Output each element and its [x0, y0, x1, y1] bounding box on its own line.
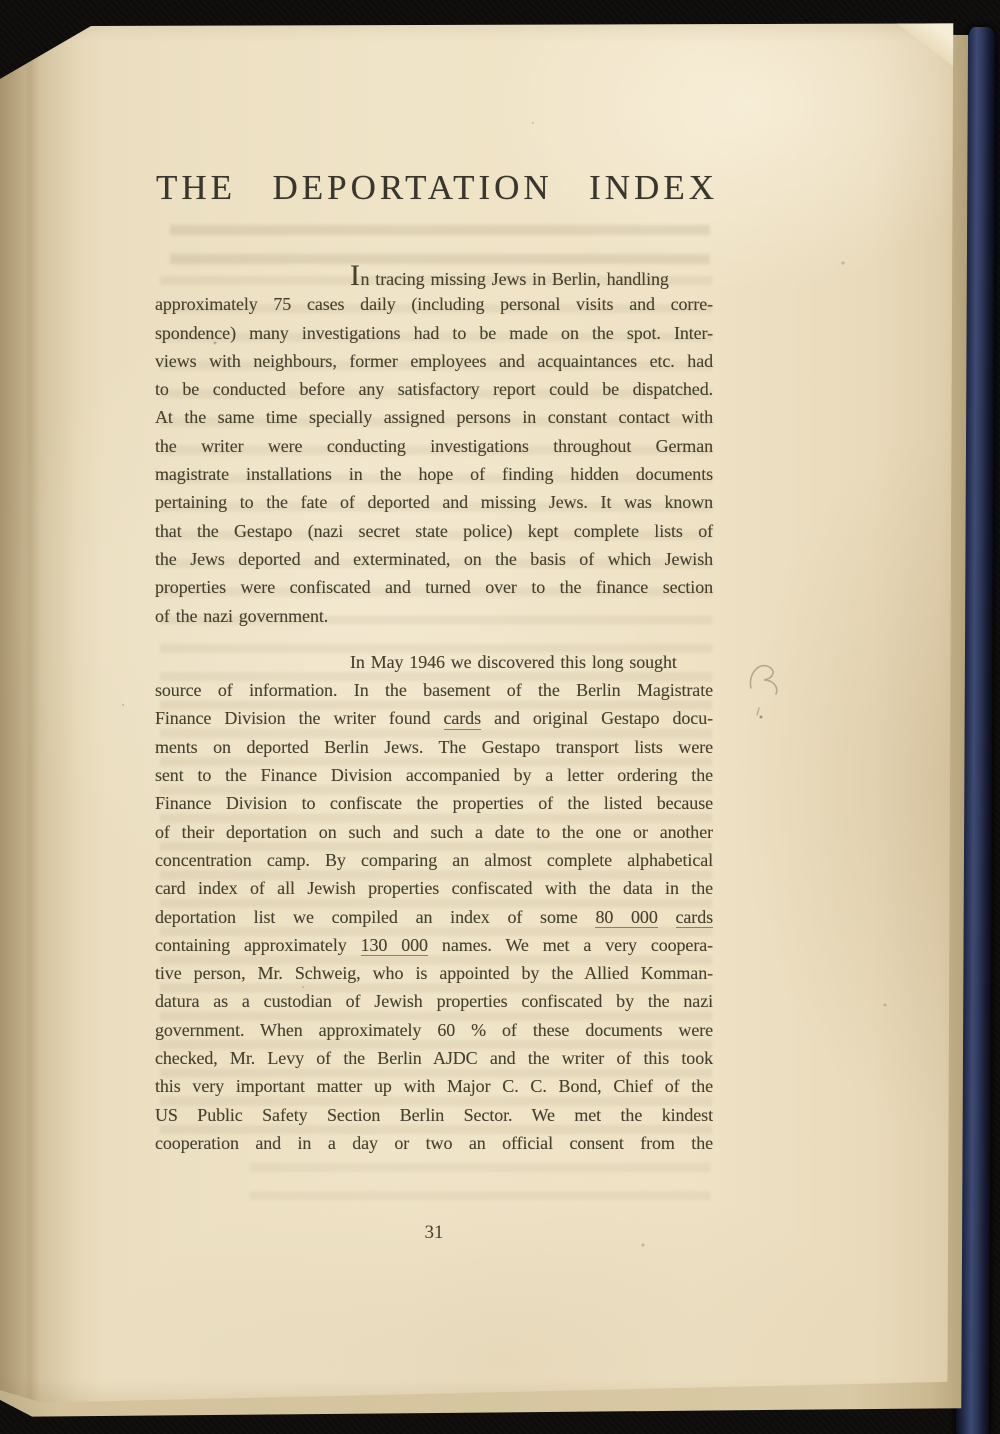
- text-line: datura as a custodian of Jewish properti…: [155, 987, 713, 1015]
- text-line: magistrate installations in the hope of …: [155, 460, 713, 488]
- text-line: the Jews deported and exterminated, on t…: [155, 545, 713, 573]
- pencil-underlined-term: 130 000: [361, 935, 428, 957]
- text-line: spondence) many investigations had to be…: [155, 319, 713, 347]
- text-line: properties were confiscated and turned o…: [155, 573, 713, 601]
- page-title: THE DEPORTATION INDEX: [156, 168, 718, 208]
- text-line: containing approximately 130 000 names. …: [155, 931, 713, 959]
- text-line: pertaining to the fate of deported and m…: [155, 488, 713, 516]
- page-number: 31: [155, 1222, 713, 1244]
- text-line: government. When approximately 60 % of t…: [155, 1016, 713, 1044]
- text-line: to be conducted before any satisfactory …: [155, 375, 713, 403]
- text-line: source of information. In the basement o…: [155, 676, 713, 704]
- pencil-underlined-term: cards: [444, 708, 481, 730]
- page-content: THE DEPORTATION INDEX In tracing missing…: [0, 0, 1000, 1434]
- text-line: Finance Division the writer found cards …: [155, 704, 713, 732]
- text-line: Finance Division to confiscate the prope…: [155, 789, 713, 817]
- paragraph: In May 1946 we discovered this long soug…: [155, 648, 713, 1157]
- text-line: US Public Safety Section Berlin Sector. …: [155, 1101, 713, 1129]
- text-line: checked, Mr. Levy of the Berlin AJDC and…: [155, 1044, 713, 1072]
- text-line: of their deportation on such and such a …: [155, 818, 713, 846]
- text-line: concentration camp. By comparing an almo…: [155, 846, 713, 874]
- text-line: this very important matter up with Major…: [155, 1072, 713, 1100]
- text-line: In May 1946 we discovered this long soug…: [155, 648, 713, 676]
- pencil-underlined-term: cards: [676, 907, 713, 929]
- pencil-underlined-term: 80 000: [595, 907, 657, 929]
- text-line: the writer were conducting investigation…: [155, 432, 713, 460]
- initial-capital: I: [350, 259, 361, 292]
- text-line: of the nazi government.: [155, 602, 713, 630]
- text-line: ments on deported Berlin Jews. The Gesta…: [155, 733, 713, 761]
- text-line: In tracing missing Jews in Berlin, handl…: [155, 262, 713, 290]
- text-line: that the Gestapo (nazi secret state poli…: [155, 517, 713, 545]
- text-line: tive person, Mr. Schweig, who is appoint…: [155, 959, 713, 987]
- text-line: approximately 75 cases daily (including …: [155, 290, 713, 318]
- paragraph: In tracing missing Jews in Berlin, handl…: [155, 262, 713, 630]
- text-line: cooperation and in a day or two an offic…: [155, 1129, 713, 1157]
- text-line: deportation list we compiled an index of…: [155, 903, 713, 931]
- text-line: At the same time specially assigned pers…: [155, 403, 713, 431]
- text-line: card index of all Jewish properties conf…: [155, 874, 713, 902]
- photographed-book-page: THE DEPORTATION INDEX In tracing missing…: [0, 0, 1000, 1434]
- text-line: sent to the Finance Division accompanied…: [155, 761, 713, 789]
- body-text: In tracing missing Jews in Berlin, handl…: [155, 262, 713, 1157]
- text-line: views with neighbours, former employees …: [155, 347, 713, 375]
- pencil-mark: [742, 652, 790, 716]
